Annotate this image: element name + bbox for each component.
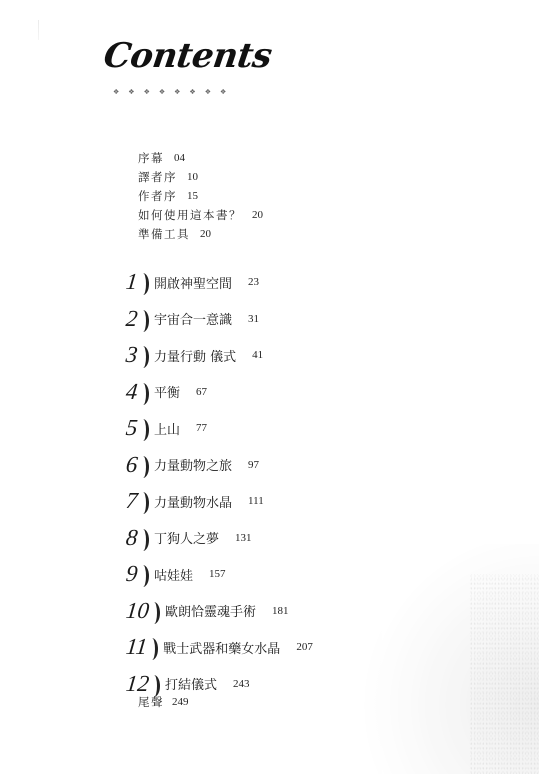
chapter-item: 4 平衡 67	[126, 374, 313, 411]
page-number: 181	[272, 605, 289, 617]
chapter-title: 打結儀式	[165, 674, 217, 693]
front-matter-item: 如何使用這本書？ 20	[138, 205, 263, 224]
contents-page: Contents ❖ ❖ ❖ ❖ ❖ ❖ ❖ ❖ 序幕 04 譯者序 10 作者…	[0, 0, 539, 774]
chapter-item: 6 力量動物之旅 97	[126, 447, 313, 484]
chapter-item: 2 宇宙合一意識 31	[126, 301, 313, 338]
bracket-icon	[139, 310, 149, 332]
page-number: 15	[187, 190, 198, 202]
chapter-item: 8 丁狗人之夢 131	[126, 520, 313, 557]
chapter-number: 10	[125, 598, 151, 624]
chapter-title: 平衡	[154, 382, 180, 401]
chapter-number: 6	[125, 452, 140, 478]
chapter-number: 4	[125, 379, 140, 405]
chapter-title: 歐朗恰靈魂手術	[165, 601, 256, 620]
page-number: 157	[209, 568, 226, 580]
page-number: 04	[174, 152, 185, 164]
ornament-icon: ❖	[159, 88, 165, 96]
ornament-icon: ❖	[220, 88, 226, 96]
title-ornament: ❖ ❖ ❖ ❖ ❖ ❖ ❖ ❖	[113, 88, 226, 96]
ornament-icon: ❖	[174, 88, 180, 96]
chapter-item: 1 開啟神聖空間 23	[126, 264, 313, 301]
chapter-number: 2	[125, 306, 140, 332]
front-matter-item: 作者序 15	[138, 186, 263, 205]
chapter-number: 12	[125, 671, 151, 697]
bracket-icon	[139, 492, 149, 514]
page-title: Contents	[101, 36, 274, 76]
page-number: 249	[172, 696, 189, 708]
chapter-title: 力量動物之旅	[154, 455, 232, 474]
chapter-list: 1 開啟神聖空間 23 2 宇宙合一意識 31 3 力量行動 儀式 41 4 平…	[126, 264, 313, 702]
front-matter-item: 譯者序 10	[138, 167, 263, 186]
bracket-icon	[139, 419, 149, 441]
scan-mark	[38, 20, 39, 40]
bracket-icon	[139, 383, 149, 405]
front-matter-list: 序幕 04 譯者序 10 作者序 15 如何使用這本書？ 20 準備工具 20	[138, 148, 263, 243]
chapter-title: 上山	[154, 419, 180, 438]
ornament-icon: ❖	[113, 88, 119, 96]
chapter-item: 5 上山 77	[126, 410, 313, 447]
chapter-item: 7 力量動物水晶 111	[126, 483, 313, 520]
entry-label: 譯者序	[138, 169, 177, 185]
page-number: 31	[248, 313, 259, 325]
page-number: 20	[252, 209, 263, 221]
page-number: 77	[196, 422, 207, 434]
chapter-item: 9 咕娃娃 157	[126, 556, 313, 593]
chapter-title: 力量行動 儀式	[154, 346, 236, 365]
page-number: 131	[235, 532, 252, 544]
entry-label: 如何使用這本書？	[138, 207, 242, 223]
bracket-icon	[139, 346, 149, 368]
chapter-title: 丁狗人之夢	[154, 528, 219, 547]
page-number: 23	[248, 276, 259, 288]
bracket-icon	[139, 273, 149, 295]
chapter-number: 8	[125, 525, 140, 551]
page-number: 97	[248, 459, 259, 471]
chapter-title: 戰士武器和藥女水晶	[163, 638, 280, 657]
chapter-item: 10 歐朗恰靈魂手術 181	[126, 593, 313, 630]
chapter-title: 宇宙合一意識	[154, 309, 232, 328]
page-number: 67	[196, 386, 207, 398]
front-matter-item: 序幕 04	[138, 148, 263, 167]
epilogue-entry: 尾聲 249	[138, 694, 189, 710]
chapter-title: 咕娃娃	[154, 565, 193, 584]
front-matter-item: 準備工具 20	[138, 224, 263, 243]
bracket-icon	[139, 456, 149, 478]
page-number: 243	[233, 678, 250, 690]
chapter-number: 11	[125, 634, 149, 660]
page-number: 41	[252, 349, 263, 361]
chapter-number: 5	[125, 415, 140, 441]
chapter-number: 9	[125, 561, 140, 587]
ornament-icon: ❖	[189, 88, 195, 96]
page-number: 20	[200, 228, 211, 240]
bracket-icon	[139, 529, 149, 551]
entry-label: 序幕	[138, 150, 164, 166]
scan-grain	[339, 544, 539, 774]
chapter-number: 7	[125, 488, 140, 514]
ornament-icon: ❖	[144, 88, 150, 96]
ornament-icon: ❖	[128, 88, 134, 96]
chapter-title: 力量動物水晶	[154, 492, 232, 511]
entry-label: 作者序	[138, 188, 177, 204]
chapter-item: 3 力量行動 儀式 41	[126, 337, 313, 374]
page-number: 207	[296, 641, 313, 653]
page-number: 111	[248, 495, 264, 507]
entry-label: 尾聲	[138, 694, 164, 710]
ornament-icon: ❖	[205, 88, 211, 96]
bracket-icon	[139, 565, 149, 587]
chapter-number: 1	[125, 269, 140, 295]
page-number: 10	[187, 171, 198, 183]
entry-label: 準備工具	[138, 226, 190, 242]
bracket-icon	[148, 638, 158, 660]
bracket-icon	[150, 602, 160, 624]
chapter-title: 開啟神聖空間	[154, 273, 232, 292]
chapter-item: 11 戰士武器和藥女水晶 207	[126, 629, 313, 666]
chapter-number: 3	[125, 342, 140, 368]
